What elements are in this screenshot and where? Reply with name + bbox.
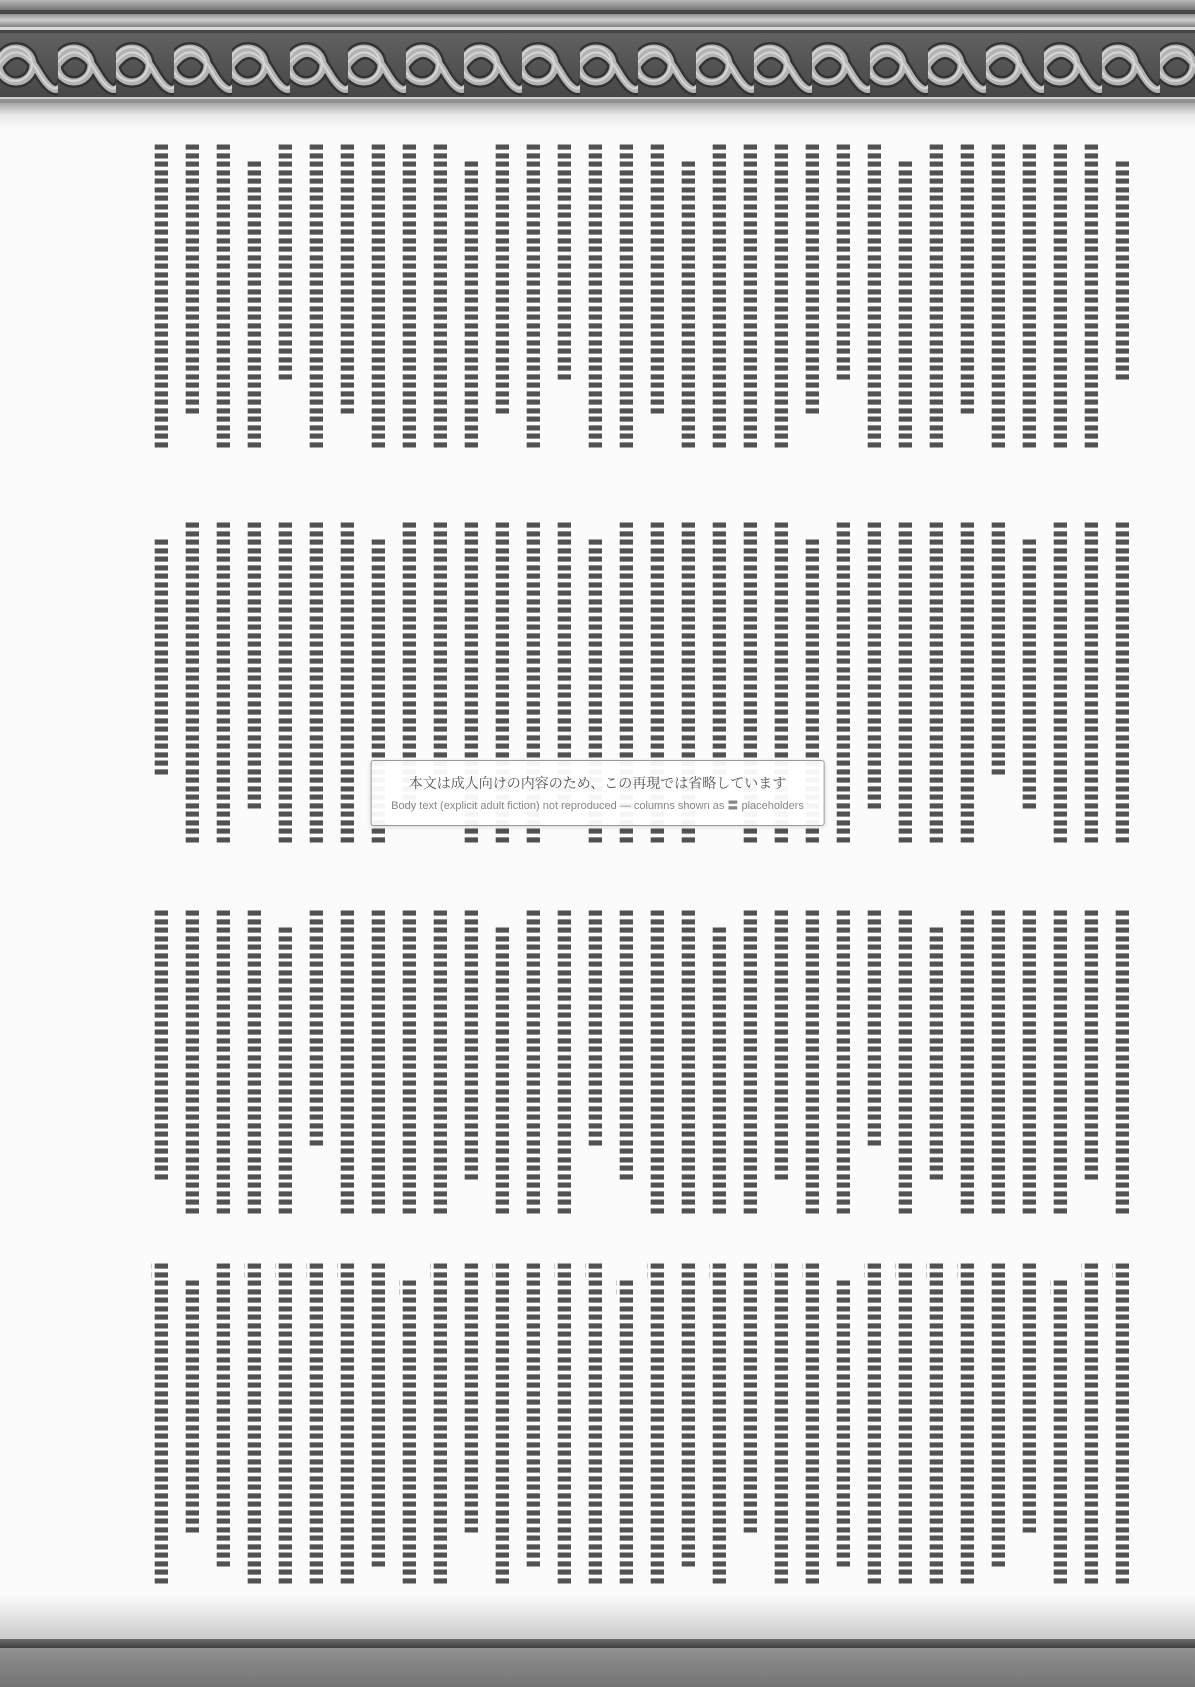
redacted-text-column: 〓〓〓〓〓〓〓〓〓〓〓〓〓〓 <box>306 909 323 1225</box>
decorative-border-top <box>0 0 1195 130</box>
redacted-text-column: 〓〓〓〓〓〓〓〓〓〓〓〓〓〓〓〓 <box>182 143 199 455</box>
redacted-text-column: 〓〓〓〓〓〓〓〓〓〓〓〓〓〓〓〓〓〓〓〓 <box>709 1262 726 1600</box>
redacted-text-column: 〓〓〓〓〓〓〓〓〓〓〓〓〓〓〓〓 <box>647 143 664 455</box>
redacted-text-column: 〓〓〓〓〓〓〓〓〓〓〓〓〓〓〓〓〓〓 <box>213 143 230 455</box>
redacted-text-column: 〓〓〓〓〓〓〓〓〓〓〓〓〓〓〓〓 <box>802 143 819 455</box>
redacted-text-column: 〓〓〓〓〓〓〓〓〓〓〓〓〓〓〓〓〓〓〓 <box>1050 1262 1067 1600</box>
redacted-text-column: 〓〓〓〓〓〓〓〓〓〓〓〓〓〓〓〓〓〓 <box>523 1262 540 1600</box>
redacted-text-column: 〓〓〓〓〓〓〓〓〓〓〓〓〓〓〓〓〓〓 <box>802 909 819 1225</box>
redacted-text-column: 〓〓〓〓〓〓〓〓〓〓〓〓〓〓〓〓〓〓 <box>182 909 199 1225</box>
redacted-text-column: 〓〓〓〓〓〓〓〓〓〓〓〓〓〓 <box>554 143 571 455</box>
redacted-text-column: 〓〓〓〓〓〓〓〓〓〓〓〓〓〓〓〓〓〓 <box>213 909 230 1225</box>
redacted-text-column: 〓〓〓〓〓〓〓〓〓〓〓〓〓〓〓〓〓〓 <box>244 909 261 1225</box>
redacted-text-column: 〓〓〓〓〓〓〓〓〓〓〓〓〓〓〓〓〓〓 <box>988 143 1005 455</box>
redacted-text-column: 〓〓〓〓〓〓〓〓〓〓〓〓〓〓〓〓〓〓〓〓 <box>275 1262 292 1600</box>
redacted-text-column: 〓〓〓〓〓〓〓〓〓〓〓〓〓〓〓〓〓〓〓 <box>833 521 850 853</box>
redacted-text-column: 〓〓〓〓〓〓〓〓〓〓〓〓〓〓〓〓〓〓 <box>399 143 416 455</box>
redacted-text-column: 〓〓〓〓〓〓〓〓〓〓〓〓〓〓〓〓 <box>151 909 168 1225</box>
redacted-text-column: 〓〓〓〓〓〓〓〓〓〓〓〓〓〓〓〓〓〓〓 <box>306 521 323 853</box>
redacted-text-column: 〓〓〓〓〓〓〓〓〓〓〓〓〓〓〓〓 <box>740 1262 757 1600</box>
redacted-text-column: 〓〓〓〓〓〓〓〓〓〓〓〓〓〓〓〓〓〓 <box>151 143 168 455</box>
redacted-text-column: 〓〓〓〓〓〓〓〓〓〓〓〓〓〓〓〓〓 <box>895 143 912 455</box>
celtic-knot-pattern <box>0 30 1195 99</box>
redaction-notice: 本文は成人向けの内容のため、この再現では省略しています Body text (e… <box>370 760 825 826</box>
redacted-text-column: 〓〓〓〓〓〓〓〓〓〓〓〓〓〓〓〓〓〓〓〓 <box>337 1262 354 1600</box>
redacted-text-column: 〓〓〓〓〓〓〓〓〓〓〓〓〓〓〓〓〓 <box>461 143 478 455</box>
border-fade <box>0 1595 1195 1639</box>
redacted-text-column: 〓〓〓〓〓〓〓〓〓〓〓〓〓〓〓〓〓〓 <box>833 909 850 1225</box>
redacted-text-column: 〓〓〓〓〓〓〓〓〓〓〓〓〓〓〓〓〓〓 <box>988 1262 1005 1600</box>
redacted-text-column: 〓〓〓〓〓〓〓〓〓〓〓〓〓〓〓〓〓〓 <box>430 143 447 455</box>
redacted-text-column: 〓〓〓〓〓〓〓〓〓〓〓〓〓〓〓〓〓〓〓〓 <box>771 1262 788 1600</box>
redacted-text-column: 〓〓〓〓〓〓〓〓〓〓〓〓〓〓〓〓〓〓〓 <box>1112 521 1129 853</box>
redacted-text-column: 〓〓〓〓〓〓〓〓〓〓〓〓〓〓〓〓〓〓〓 <box>275 521 292 853</box>
border-metal-bar <box>0 0 1195 10</box>
redacted-text-column: 〓〓〓〓〓〓〓〓〓〓〓〓〓〓〓〓〓〓 <box>709 143 726 455</box>
redacted-text-column: 〓〓〓〓〓〓〓〓〓〓〓〓〓〓〓〓〓〓〓〓 <box>585 1262 602 1600</box>
redacted-text-column: 〓〓〓〓〓〓〓〓〓〓〓〓〓〓〓〓〓〓〓〓 <box>895 1262 912 1600</box>
redacted-text-column: 〓〓〓〓〓〓〓〓〓〓〓〓〓〓〓〓〓〓〓 <box>399 1262 416 1600</box>
redacted-text-column: 〓〓〓〓〓〓〓〓〓〓〓〓〓〓〓〓〓〓 <box>1112 909 1129 1225</box>
redacted-text-column: 〓〓〓〓〓〓〓〓〓〓〓〓〓〓〓〓〓〓〓〓 <box>244 1262 261 1600</box>
redacted-text-column: 〓〓〓〓〓〓〓〓〓〓〓〓〓〓 <box>585 909 602 1225</box>
redacted-text-column: 〓〓〓〓〓〓〓〓〓〓〓〓〓〓〓〓〓〓 <box>864 143 881 455</box>
redacted-text-column: 〓〓〓〓〓〓〓〓〓〓〓〓〓〓〓〓〓〓〓 <box>1050 521 1067 853</box>
redacted-text-column: 〓〓〓〓〓〓〓〓〓〓〓〓〓〓〓〓〓〓 <box>647 909 664 1225</box>
redacted-text-column: 〓〓〓〓〓〓〓〓〓〓〓〓〓〓〓 <box>182 1262 199 1600</box>
redacted-text-column: 〓〓〓〓〓〓〓〓〓〓〓〓〓〓〓〓〓〓 <box>523 909 540 1225</box>
redacted-text-column: 〓〓〓〓〓〓〓〓〓〓〓〓〓〓〓〓〓〓 <box>957 909 974 1225</box>
redacted-text-column: 〓〓〓〓〓〓〓〓〓〓〓〓〓〓〓〓〓〓〓 <box>213 521 230 853</box>
redacted-text-column: 〓〓〓〓〓〓〓〓〓〓〓〓〓〓 <box>151 521 168 853</box>
redacted-text-column: 〓〓〓〓〓〓〓〓〓〓〓〓〓〓〓〓〓〓 <box>740 909 757 1225</box>
text-block-3: 〓〓〓〓〓〓〓〓〓〓〓〓〓〓〓〓〓〓〓〓〓〓〓〓〓〓〓〓〓〓〓〓〓〓〓〓〓〓〓〓… <box>42 909 1129 1225</box>
redacted-text-column: 〓〓〓〓〓〓〓〓〓〓〓〓〓〓〓〓〓〓 <box>368 1262 385 1600</box>
redacted-text-column: 〓〓〓〓〓〓〓〓〓〓〓〓〓〓〓〓 <box>492 143 509 455</box>
redacted-text-column: 〓〓〓〓〓〓〓〓〓〓〓〓〓〓〓〓〓 <box>678 143 695 455</box>
redacted-text-column: 〓〓〓〓〓〓〓〓〓〓〓〓〓〓〓〓〓 <box>833 1262 850 1600</box>
redacted-text-column: 〓〓〓〓〓〓〓〓〓〓〓〓〓〓〓〓〓〓〓 <box>616 1262 633 1600</box>
border-metal-bar <box>0 14 1195 27</box>
redacted-text-column: 〓〓〓〓〓〓〓〓〓〓〓〓〓〓〓〓〓〓 <box>368 143 385 455</box>
redacted-text-column: 〓〓〓〓〓〓〓〓〓〓〓〓〓〓 <box>833 143 850 455</box>
redacted-text-column: 〓〓〓〓〓〓〓〓〓〓〓〓〓〓〓〓〓〓〓 <box>895 521 912 853</box>
redacted-text-column: 〓〓〓〓〓〓〓〓〓〓〓〓〓〓 <box>275 143 292 455</box>
redacted-text-column: 〓〓〓〓〓〓〓〓〓〓〓〓〓〓〓〓〓〓〓 <box>957 521 974 853</box>
redacted-text-column: 〓〓〓〓〓〓〓〓〓〓〓〓〓〓〓〓〓〓 <box>926 143 943 455</box>
redacted-text-column: 〓〓〓〓〓〓〓〓〓〓〓〓〓〓〓〓〓〓 <box>213 1262 230 1600</box>
redacted-text-column: 〓〓〓〓〓〓〓〓〓〓〓〓〓〓〓〓〓〓〓〓 <box>554 1262 571 1600</box>
redacted-text-column: 〓〓〓〓〓〓〓〓〓〓〓〓〓〓〓〓〓〓 <box>1019 909 1036 1225</box>
redacted-text-column: 〓〓〓〓〓〓〓〓〓〓〓〓〓〓〓〓〓〓 <box>1019 143 1036 455</box>
redacted-text-column: 〓〓〓〓〓〓〓〓〓〓〓〓〓〓〓〓〓〓〓〓 <box>957 1262 974 1600</box>
redacted-text-column: 〓〓〓〓〓〓〓〓〓〓〓〓〓〓〓〓〓〓 <box>1050 143 1067 455</box>
redacted-text-column: 〓〓〓〓〓〓〓〓〓〓〓〓〓〓〓〓 <box>957 143 974 455</box>
redacted-text-column: 〓〓〓〓〓〓〓〓〓〓〓〓〓〓〓〓 <box>1019 521 1036 853</box>
redacted-text-column: 〓〓〓〓〓〓〓〓〓〓〓〓〓〓〓〓〓〓〓 <box>1081 521 1098 853</box>
redacted-text-column: 〓〓〓〓〓〓〓〓〓〓〓〓〓〓〓〓〓〓 <box>1081 143 1098 455</box>
redacted-text-column: 〓〓〓〓〓〓〓〓〓〓〓〓〓〓〓〓〓〓 <box>399 909 416 1225</box>
redacted-text-column: 〓〓〓〓〓〓〓〓〓〓〓〓〓〓〓〓〓〓〓〓 <box>1081 1262 1098 1600</box>
redacted-text-column: 〓〓〓〓〓〓〓〓〓〓〓〓〓〓〓〓〓〓〓〓 <box>647 1262 664 1600</box>
redacted-text-column: 〓〓〓〓〓〓〓〓〓〓〓〓〓〓〓〓〓〓〓〓 <box>802 1262 819 1600</box>
redacted-text-column: 〓〓〓〓〓〓〓〓〓〓〓〓〓〓〓〓 <box>616 909 633 1225</box>
redacted-text-column: 〓〓〓〓〓〓〓〓〓〓〓〓〓〓〓〓〓〓 <box>554 909 571 1225</box>
redaction-notice-ja: 本文は成人向けの内容のため、この再現では省略しています <box>391 773 804 793</box>
redacted-text-column: 〓〓〓〓〓〓〓〓〓〓〓〓〓〓〓〓〓〓 <box>895 909 912 1225</box>
redacted-text-column: 〓〓〓〓〓〓〓〓〓〓〓〓〓〓〓〓 <box>1019 1262 1036 1600</box>
redacted-text-column: 〓〓〓〓〓〓〓〓〓〓〓〓〓〓〓〓〓〓 <box>616 143 633 455</box>
redacted-text-column: 〓〓〓〓〓〓〓〓〓〓〓〓〓〓〓〓〓〓〓 <box>926 521 943 853</box>
decorative-border-bottom <box>0 1595 1195 1687</box>
text-block-4: 〓〓〓〓〓〓〓〓〓〓〓〓〓〓〓〓〓〓〓〓〓〓〓〓〓〓〓〓〓〓〓〓〓〓〓〓〓〓〓〓… <box>42 1262 1129 1600</box>
redacted-text-column: 〓〓〓〓〓〓〓〓〓〓〓〓〓〓〓〓〓〓〓〓 <box>492 1262 509 1600</box>
redacted-text-column: 〓〓〓〓〓〓〓〓〓〓〓〓〓〓〓〓〓〓〓〓 <box>306 1262 323 1600</box>
text-block-1: 〓〓〓〓〓〓〓〓〓〓〓〓〓〓〓〓〓〓〓〓〓〓〓〓〓〓〓〓〓〓〓〓〓〓〓〓〓〓〓〓… <box>42 143 1129 455</box>
redacted-text-column: 〓〓〓〓〓〓〓〓〓〓〓〓〓〓〓〓〓〓〓〓 <box>430 1262 447 1600</box>
redacted-text-column: 〓〓〓〓〓〓〓〓〓〓〓〓〓〓 <box>864 909 881 1225</box>
redacted-text-column: 〓〓〓〓〓〓〓〓〓〓〓〓〓〓〓 <box>926 909 943 1225</box>
redacted-text-column: 〓〓〓〓〓〓〓〓〓〓〓〓〓〓〓〓〓〓 <box>771 143 788 455</box>
book-page: 〓〓〓〓〓〓〓〓〓〓〓〓〓〓〓〓〓〓〓〓〓〓〓〓〓〓〓〓〓〓〓〓〓〓〓〓〓〓〓〓… <box>0 0 1195 1687</box>
border-metal-bar <box>0 1648 1195 1687</box>
redacted-text-column: 〓〓〓〓〓〓〓〓〓〓〓〓〓〓〓〓〓 <box>244 521 261 853</box>
redacted-text-column: 〓〓〓〓〓〓〓〓〓〓〓〓〓〓〓〓〓〓〓 <box>337 521 354 853</box>
redacted-text-column: 〓〓〓〓〓〓〓〓〓〓〓〓〓 <box>1112 143 1129 455</box>
redacted-text-column: 〓〓〓〓〓〓〓〓〓〓〓〓〓〓〓〓 <box>461 909 478 1225</box>
redacted-text-column: 〓〓〓〓〓〓〓〓〓〓〓〓〓〓〓〓〓〓〓〓 <box>151 1262 168 1600</box>
border-dark-line <box>0 1639 1195 1648</box>
border-fade <box>0 103 1195 130</box>
redacted-text-column: 〓〓〓〓〓〓〓〓〓〓〓〓〓〓〓〓〓 <box>244 143 261 455</box>
redacted-text-column: 〓〓〓〓〓〓〓〓〓〓〓〓〓〓〓〓〓 <box>275 909 292 1225</box>
redacted-text-column: 〓〓〓〓〓〓〓〓〓〓〓〓〓〓〓 <box>988 521 1005 853</box>
redacted-text-column: 〓〓〓〓〓〓〓〓〓〓〓〓〓〓〓〓〓〓 <box>523 143 540 455</box>
redacted-text-column: 〓〓〓〓〓〓〓〓〓〓〓〓〓〓〓〓 <box>1081 909 1098 1225</box>
redacted-text-column: 〓〓〓〓〓〓〓〓〓〓〓〓〓〓〓〓〓〓 <box>306 143 323 455</box>
redacted-text-column: 〓〓〓〓〓〓〓〓〓〓〓〓〓〓〓〓〓〓〓 <box>182 521 199 853</box>
redacted-text-column: 〓〓〓〓〓〓〓〓〓〓〓〓〓〓〓〓〓〓〓〓 <box>926 1262 943 1600</box>
redacted-text-column: 〓〓〓〓〓〓〓〓〓〓〓〓〓〓〓〓〓〓 <box>585 143 602 455</box>
redacted-text-column: 〓〓〓〓〓〓〓〓〓〓〓〓〓〓〓〓〓 <box>709 909 726 1225</box>
redacted-text-column: 〓〓〓〓〓〓〓〓〓〓〓〓〓〓〓〓〓〓 <box>337 909 354 1225</box>
redacted-text-column: 〓〓〓〓〓〓〓〓〓〓〓〓〓〓〓〓 <box>337 143 354 455</box>
redacted-text-column: 〓〓〓〓〓〓〓〓〓〓〓〓〓〓〓〓〓〓 <box>1050 909 1067 1225</box>
redacted-text-column: 〓〓〓〓〓〓〓〓〓〓〓〓〓〓〓〓 <box>461 1262 478 1600</box>
redaction-notice-en: Body text (explicit adult fiction) not r… <box>391 797 804 813</box>
redacted-text-column: 〓〓〓〓〓〓〓〓〓〓〓〓〓〓〓〓〓〓 <box>430 909 447 1225</box>
redacted-text-column: 〓〓〓〓〓〓〓〓〓〓〓〓〓〓〓〓〓〓 <box>678 909 695 1225</box>
redacted-text-column: 〓〓〓〓〓〓〓〓〓〓〓〓〓〓〓〓〓〓 <box>740 143 757 455</box>
redacted-text-column: 〓〓〓〓〓〓〓〓〓〓〓〓〓〓〓〓〓〓 <box>678 1262 695 1600</box>
redacted-text-column: 〓〓〓〓〓〓〓〓〓〓〓〓〓〓〓〓〓〓 <box>368 909 385 1225</box>
redacted-text-column: 〓〓〓〓〓〓〓〓〓〓〓〓〓〓〓〓〓〓 <box>988 909 1005 1225</box>
redacted-text-column: 〓〓〓〓〓〓〓〓〓〓〓〓〓〓〓〓〓 <box>492 909 509 1225</box>
redacted-text-column: 〓〓〓〓〓〓〓〓〓〓〓〓〓〓〓〓〓〓〓〓 <box>1112 1262 1129 1600</box>
redacted-text-column: 〓〓〓〓〓〓〓〓〓〓〓〓〓〓〓〓〓〓〓〓 <box>864 1262 881 1600</box>
redacted-text-column: 〓〓〓〓〓〓〓〓〓〓〓〓〓〓〓〓〓 <box>864 521 881 853</box>
redacted-text-column: 〓〓〓〓〓〓〓〓〓〓〓〓〓〓〓〓 <box>771 909 788 1225</box>
